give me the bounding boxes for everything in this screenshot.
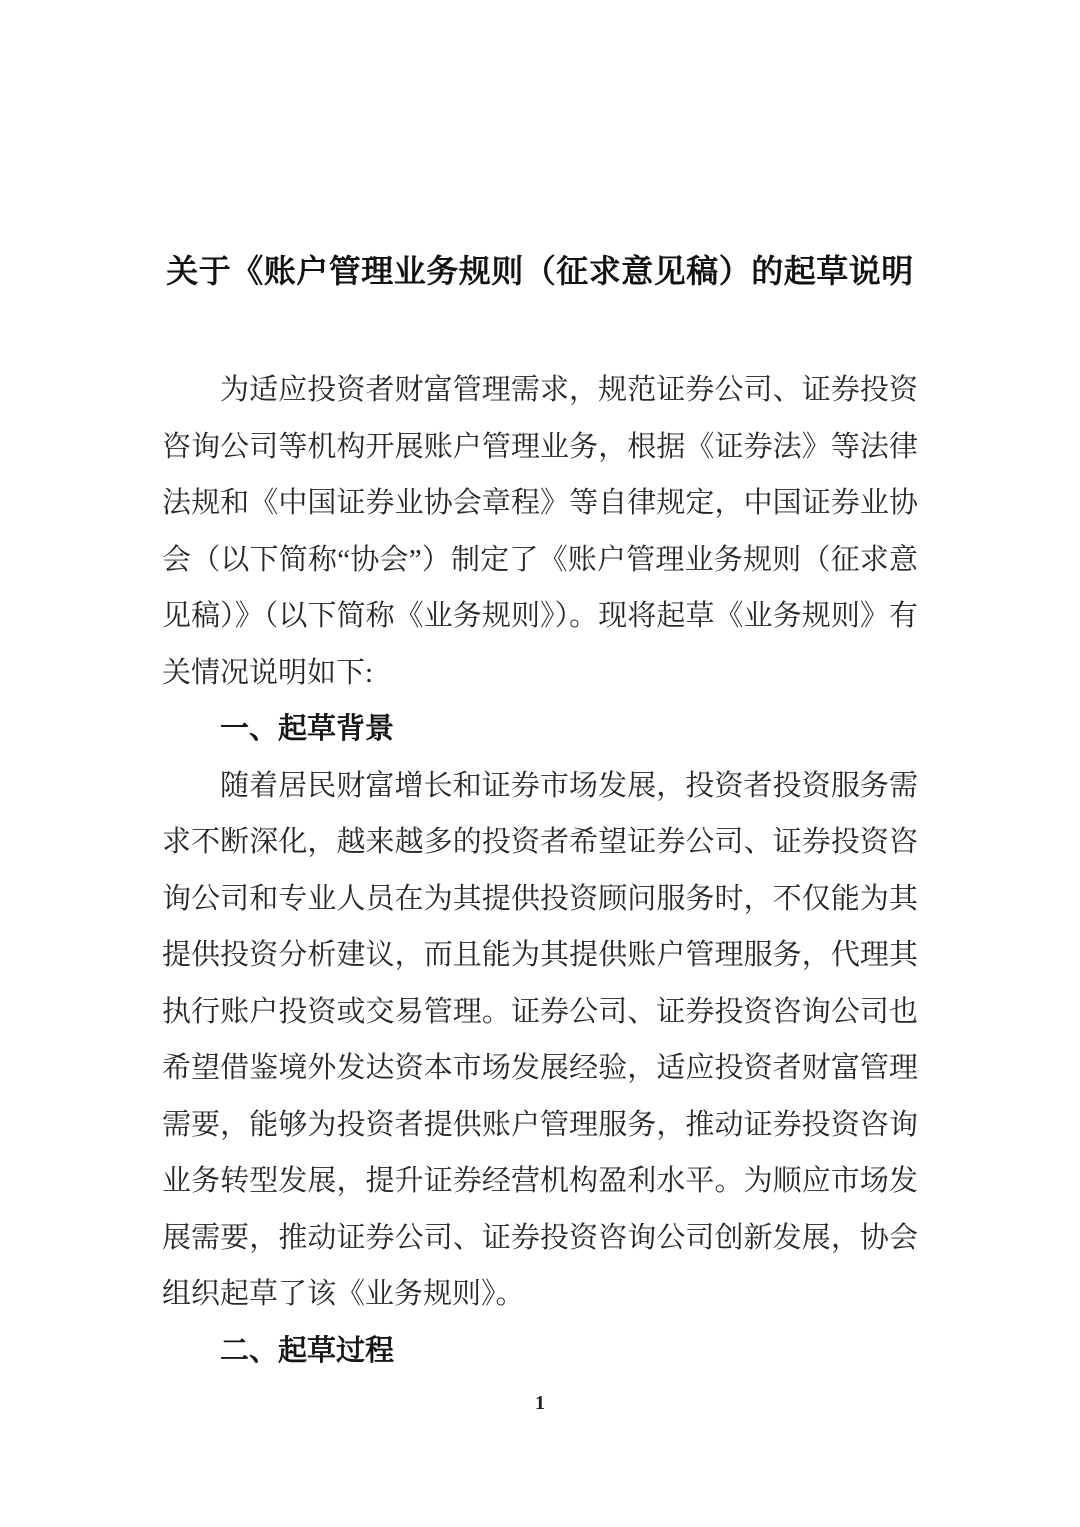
document-body: 为适应投资者财富管理需求，规范证券公司、证券投资咨询公司等机构开展账户管理业务，… [162, 362, 918, 1379]
intro-paragraph: 为适应投资者财富管理需求，规范证券公司、证券投资咨询公司等机构开展账户管理业务，… [162, 362, 918, 701]
document-page: 关于《账户管理业务规则（征求意见稿）的起草说明 为适应投资者财富管理需求，规范证… [0, 0, 1080, 1527]
section-heading-drafting-background: 一、起草背景 [162, 701, 918, 758]
section-background-paragraph: 随着居民财富增长和证券市场发展，投资者投资服务需求不断深化，越来越多的投资者希望… [162, 758, 918, 1323]
page-number: 1 [0, 1390, 1080, 1416]
document-title: 关于《账户管理业务规则（征求意见稿）的起草说明 [160, 243, 920, 299]
section-heading-drafting-process: 二、起草过程 [162, 1323, 918, 1380]
